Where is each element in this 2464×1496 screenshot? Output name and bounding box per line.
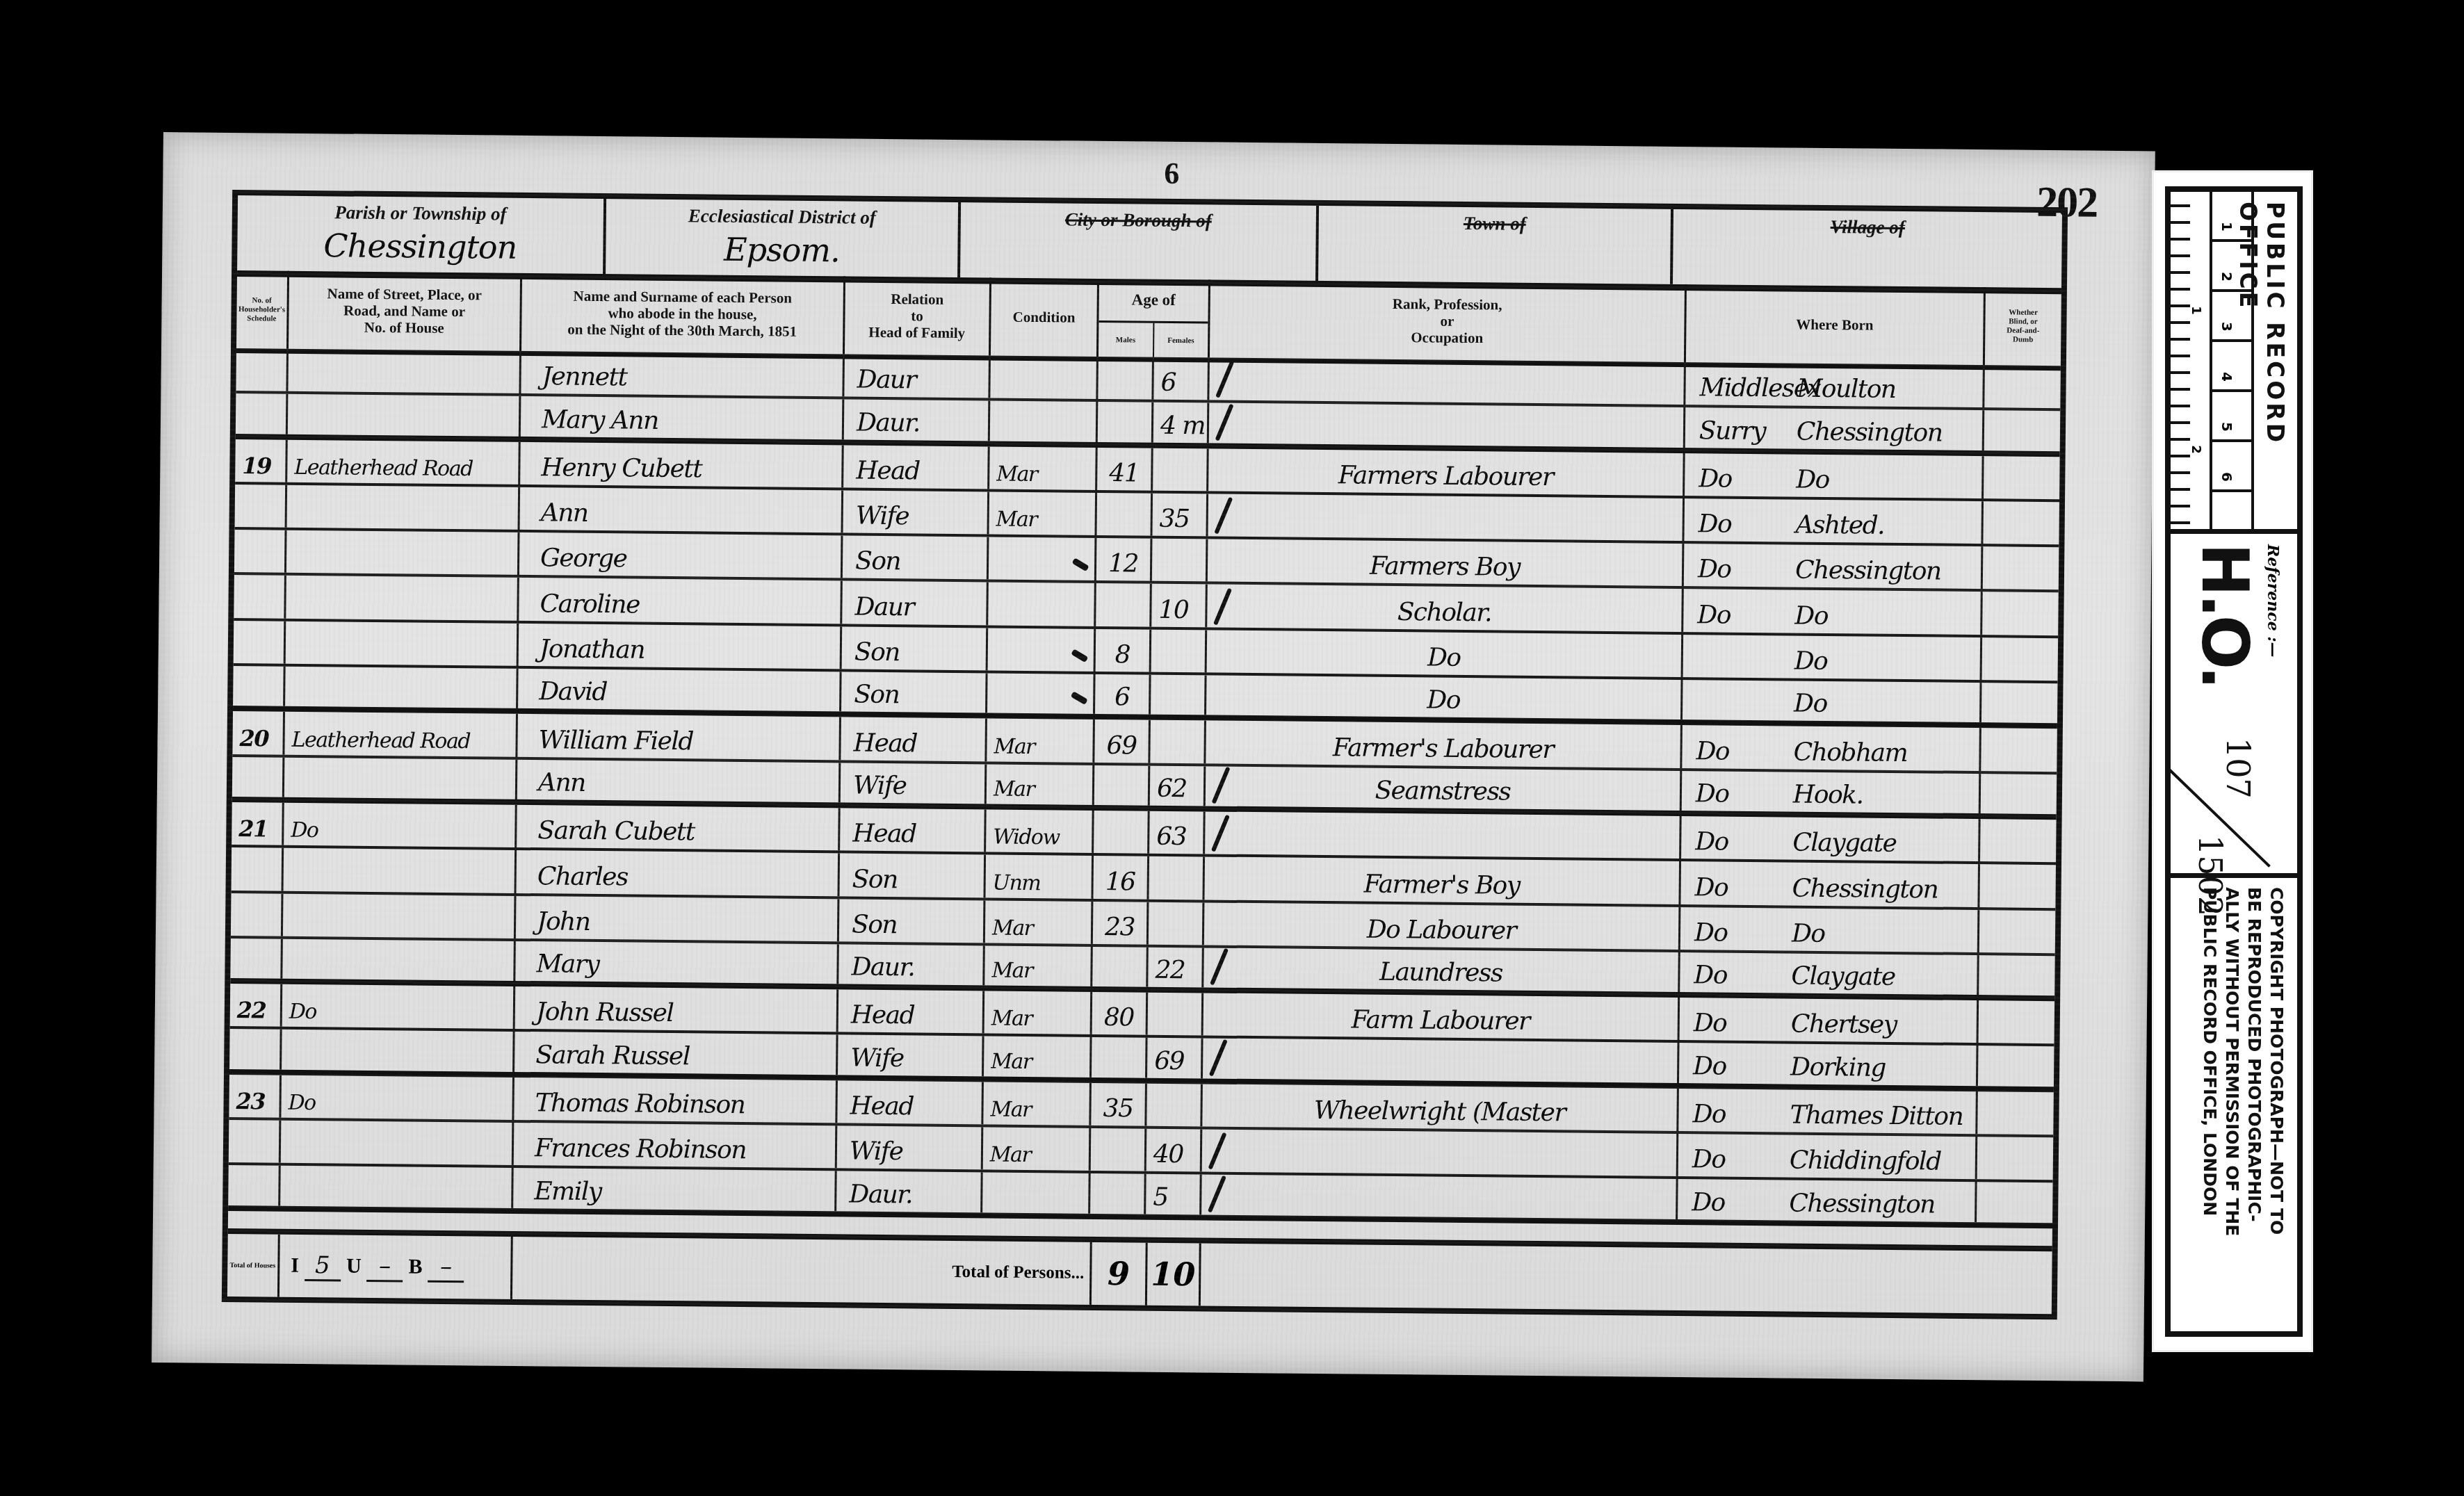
schedule-number (236, 393, 289, 434)
street-address (288, 394, 521, 437)
place-field-value (1319, 236, 1671, 240)
born-parish: Moulton (1797, 375, 1895, 404)
blind-deaf-dumb (1979, 1000, 2055, 1043)
occupation: Laundress (1203, 948, 1680, 992)
born-county: Do (1694, 873, 1792, 902)
blind-deaf-dumb (1981, 683, 2058, 723)
where-born: DoDo (1683, 590, 1983, 635)
age-male: 12 (1096, 538, 1153, 581)
relation-to-head: Head (841, 717, 987, 761)
born-parish: Hook. (1793, 781, 1863, 810)
age-male (1091, 1128, 1147, 1171)
age-male (1092, 1037, 1148, 1078)
col-relation: Relation to Head of Family (845, 276, 991, 355)
where-born: DoChessington (1678, 1179, 1977, 1221)
reference-label: Reference :— (2264, 544, 2282, 658)
marital-condition: Mar (984, 991, 1093, 1035)
total-houses-label: Total of Houses (227, 1234, 280, 1297)
born-parish: Chiddingfold (1790, 1146, 1941, 1176)
age-female (1151, 675, 1207, 715)
born-parish: Dorking (1790, 1052, 1886, 1082)
blind-deaf-dumb (1983, 546, 2059, 590)
born-county: Do (1696, 737, 1793, 766)
place-field-value: Epsom. (606, 229, 957, 270)
inhabited-label: I (291, 1254, 299, 1278)
marital-condition: Mar (983, 1127, 1092, 1171)
where-born: DoDorking (1679, 1043, 1979, 1085)
schedule-number (231, 893, 284, 936)
marital-condition: Mar (983, 1082, 1092, 1125)
age-male (1094, 811, 1150, 854)
age-female (1149, 902, 1205, 945)
born-county: Do (1694, 961, 1791, 990)
age-female (1151, 629, 1208, 672)
born-parish: Claygate (1791, 962, 1895, 991)
occupation (1205, 811, 1682, 859)
age-male (1096, 493, 1153, 536)
occupation: Seamstress (1206, 766, 1683, 811)
total-males: 9 (1089, 1242, 1146, 1306)
col-females: Females (1153, 323, 1208, 358)
street-address (288, 349, 521, 394)
relation-to-head: Son (839, 899, 986, 943)
schedule-number (234, 530, 287, 573)
place-field: Village of (1673, 209, 2062, 288)
blind-deaf-dumb (1981, 774, 2057, 814)
street-address: Leatherhead Road (287, 439, 521, 485)
col-males: Males (1099, 323, 1154, 357)
relation-to-head: Wife (838, 1035, 984, 1076)
place-field: Ecclesiastical District ofEpsom. (606, 199, 961, 277)
blind-deaf-dumb (1984, 410, 2061, 450)
where-born: DoChiddingfold (1678, 1134, 1978, 1179)
age-male: 6 (1095, 674, 1151, 715)
marital-condition: Mar (987, 764, 1095, 805)
schedule-number (234, 621, 286, 664)
total-females: 10 (1145, 1243, 1201, 1306)
blind-deaf-dumb (1977, 1137, 2054, 1180)
page-number: 6 (1164, 156, 1179, 191)
schedule-number (236, 348, 289, 391)
born-county: Do (1697, 601, 1794, 630)
place-field: Town of (1318, 206, 1673, 284)
tally-dash-mark (1071, 649, 1088, 662)
person-name: David (518, 669, 842, 712)
age-female: 35 (1152, 494, 1208, 537)
born-parish: Ashted. (1795, 511, 1884, 540)
occupation: Farmer's Boy (1204, 857, 1681, 904)
schedule-number: 23 (229, 1075, 282, 1118)
uninhabited-value: – (367, 1251, 403, 1281)
person-name: Mary Ann (521, 396, 845, 439)
tally-dash-mark (1071, 558, 1089, 572)
building-value: – (428, 1252, 464, 1282)
age-female (1146, 1083, 1203, 1126)
marital-condition: Widow (986, 809, 1094, 853)
age-male (1092, 947, 1149, 987)
occupation: Farmers Labourer (1208, 448, 1685, 496)
census-table: Parish or Township ofChessingtonEcclesia… (222, 190, 2068, 1319)
where-born: DoDo (1680, 907, 1980, 952)
occupation (1208, 494, 1685, 541)
where-born: Do (1683, 680, 1982, 722)
occupation: Farmer's Labourer (1206, 721, 1683, 768)
age-female: 63 (1149, 811, 1206, 854)
age-female: 62 (1150, 765, 1206, 806)
relation-to-head: Son (843, 536, 989, 580)
relation-to-head: Wife (843, 490, 990, 534)
schedule-number (229, 1029, 282, 1069)
age-female (1153, 448, 1209, 491)
totals-row: Total of Houses I 5 U – B – Total of Per… (227, 1228, 2052, 1314)
occupation: Do Labourer (1204, 902, 1681, 950)
marital-condition: Mar (985, 900, 1094, 944)
marital-condition: Mar (987, 719, 1095, 763)
schedule-number (235, 485, 288, 528)
age-female: 4 m (1153, 403, 1210, 443)
place-field-label: Parish or Township of (238, 201, 603, 226)
cm-mark: 1 (2219, 222, 2235, 231)
born-county (1696, 717, 1794, 718)
piece-number: 107 (2219, 738, 2257, 799)
relation-to-head: Head (838, 990, 985, 1034)
place-field-value: Chessington (237, 226, 603, 267)
marital-condition (988, 628, 1096, 672)
person-name: Henry Cubett (520, 442, 844, 488)
born-county: Middlesex (1699, 374, 1797, 403)
age-male (1090, 1173, 1146, 1214)
street-address (286, 576, 519, 621)
public-record-office-strip: 1 2 123456 PUBLIC RECORD OFFICE H.O. Ref… (2152, 170, 2313, 1352)
age-male: 35 (1091, 1083, 1147, 1126)
person-name: Ann (520, 487, 844, 533)
blind-deaf-dumb (1979, 864, 2056, 907)
series-code: H.O. (2187, 543, 2262, 687)
age-female (1150, 720, 1206, 763)
blind-deaf-dumb (1981, 729, 2057, 772)
relation-to-head: Head (840, 808, 987, 852)
street-address (287, 485, 521, 530)
age-female: 10 (1151, 584, 1208, 627)
blind-deaf-dumb (1979, 955, 2055, 995)
born-county (1697, 674, 1794, 675)
person-name: Charles (517, 850, 841, 896)
blind-deaf-dumb (1977, 1182, 2053, 1222)
schedule-number (229, 1120, 282, 1163)
relation-to-head: Wife (837, 1125, 984, 1169)
age-male (1098, 402, 1154, 442)
col-blind: Whether Blind, or Deaf-and- Dumb (1985, 287, 2061, 366)
blind-deaf-dumb (1978, 1046, 2054, 1087)
place-field-value (1673, 240, 2062, 243)
place-field-label: Town of (1319, 211, 1671, 236)
street-address (283, 893, 517, 938)
relation-to-head: Son (841, 672, 988, 713)
marital-condition: Unm (985, 855, 1094, 899)
person-name: Emily (513, 1168, 837, 1211)
where-born: DoHook. (1682, 771, 1981, 813)
person-name: Sarah Russel (514, 1032, 838, 1075)
street-address: Leatherhead Road (284, 712, 518, 757)
occupation: Do (1207, 630, 1684, 677)
scale-ruler: 1 2 123456 PUBLIC RECORD OFFICE (2171, 192, 2297, 534)
age-female (1149, 856, 1205, 900)
blind-deaf-dumb (1984, 365, 2061, 408)
age-female: 40 (1146, 1129, 1203, 1172)
age-female: 5 (1146, 1174, 1202, 1214)
born-parish: Thames Ditton (1790, 1101, 1963, 1131)
schedule-number: 22 (230, 984, 283, 1027)
born-county: Do (1694, 1009, 1791, 1039)
where-born: DoChessington (1684, 544, 1984, 589)
born-county: Do (1693, 1052, 1790, 1081)
age-female: 6 (1153, 357, 1210, 400)
street-address (286, 621, 519, 667)
born-parish: Do (1794, 647, 1828, 676)
place-field-label: Village of (1673, 215, 2062, 240)
born-county: Do (1692, 1100, 1790, 1129)
marital-condition (987, 673, 1096, 714)
occupation: Scholar. (1207, 585, 1684, 632)
marital-condition: Mar (989, 446, 1098, 490)
occupation (1203, 1039, 1680, 1083)
person-name: George (519, 532, 843, 578)
occupation: Farmers Boy (1208, 539, 1685, 587)
age-male: 80 (1092, 992, 1149, 1035)
marital-condition (990, 401, 1099, 442)
age-male: 23 (1093, 901, 1149, 944)
col-name: Name and Surname of each Person who abod… (521, 273, 845, 354)
census-rows: JennettDaur6MiddlesexMoultonMary AnnDaur… (228, 348, 2061, 1228)
age-male: 16 (1093, 856, 1149, 899)
born-parish: Chessington (1792, 874, 1938, 904)
person-name: Jennett (521, 351, 845, 397)
relation-to-head: Son (842, 626, 989, 670)
person-name: John Russel (515, 986, 839, 1032)
cm-mark: 5 (2219, 422, 2235, 432)
where-born: DoChertsey (1680, 998, 1979, 1043)
age-male: 41 (1097, 448, 1153, 491)
where-born: DoClaygate (1681, 816, 1981, 861)
street-address (282, 1030, 515, 1072)
person-name: William Field (517, 714, 841, 760)
col-condition: Condition (991, 277, 1099, 356)
born-county: Do (1698, 510, 1795, 539)
reference-block: H.O. Reference :— 107 1502 (2171, 529, 2297, 878)
person-name: John (516, 895, 840, 941)
born-parish: Chertsey (1791, 1010, 1897, 1039)
age-male (1094, 765, 1151, 806)
street-address: Do (282, 984, 516, 1030)
born-parish: Do (1796, 465, 1829, 494)
marital-condition (982, 1173, 1091, 1214)
census-page: 6 202 Parish or Township ofChessingtonEc… (152, 132, 2155, 1381)
place-field-label: Ecclesiastical District of (606, 204, 958, 229)
born-county: Do (1695, 827, 1792, 856)
born-parish: Do (1792, 919, 1825, 948)
person-name: Sarah Cubett (517, 805, 841, 851)
schedule-number (234, 575, 286, 618)
age-male: 69 (1094, 719, 1151, 763)
street-address (285, 667, 519, 709)
place-field: Parish or Township ofChessington (237, 195, 606, 274)
marital-condition (988, 583, 1096, 626)
street-address: Do (281, 1075, 514, 1120)
uninhabited-label: U (346, 1255, 362, 1278)
schedule-number (228, 1165, 281, 1205)
schedule-number: 19 (235, 439, 288, 482)
relation-to-head: Daur. (836, 1171, 983, 1212)
place-field-value (961, 233, 1316, 236)
cm-mark: 6 (2219, 472, 2235, 482)
where-born: Do (1683, 635, 1983, 680)
born-county: Do (1698, 555, 1795, 585)
person-name: Frances Robinson (514, 1123, 838, 1169)
col-schedule: No. of Householder's Schedule (236, 270, 289, 349)
person-name: Thomas Robinson (514, 1078, 838, 1123)
street-address (284, 848, 517, 893)
where-born: MiddlesexMoulton (1685, 362, 1985, 407)
born-parish: Claygate (1792, 829, 1897, 858)
occupation: Farm Labourer (1203, 993, 1680, 1041)
age-female (1148, 993, 1204, 1036)
age-female: 22 (1148, 948, 1204, 988)
building-label: B (409, 1255, 423, 1278)
relation-to-head: Wife (841, 763, 987, 804)
pro-title: PUBLIC RECORD OFFICE (2235, 202, 2289, 529)
copyright-notice: COPYRIGHT PHOTOGRAPH—NOT TO BE REPRODUCE… (2180, 887, 2287, 1322)
marital-condition: Mar (984, 1036, 1092, 1078)
total-houses: I 5 U – B – (279, 1235, 513, 1299)
age-female (1152, 539, 1208, 582)
inhabited-value: 5 (305, 1251, 341, 1281)
tally-dash-mark (1071, 692, 1088, 706)
blind-deaf-dumb (1982, 592, 2059, 635)
cm-mark: 3 (2219, 322, 2235, 332)
relation-to-head: Daur. (844, 400, 991, 441)
occupation (1201, 1175, 1678, 1219)
col-occupation: Rank, Profession, or Occupation (1210, 279, 1687, 362)
schedule-number (232, 757, 285, 797)
age-male: 8 (1096, 629, 1152, 672)
street-address (281, 1121, 514, 1166)
street-address (280, 1166, 514, 1208)
street-address (284, 757, 518, 799)
schedule-number: 20 (232, 711, 285, 754)
place-field: City or Borough of (960, 202, 1319, 281)
born-county: Do (1692, 1188, 1789, 1217)
born-parish: Chobham (1793, 738, 1907, 767)
age-male (1096, 583, 1152, 626)
blind-deaf-dumb (1982, 637, 2059, 681)
marital-condition: Mar (984, 945, 1093, 986)
person-name: Caroline (519, 578, 843, 624)
inch-mark: 1 (2189, 306, 2203, 315)
cm-mark: 4 (2219, 372, 2235, 382)
born-parish: Chessington (1795, 556, 1941, 586)
schedule-number: 21 (232, 802, 284, 845)
person-name: Ann (517, 760, 841, 803)
born-county: Do (1696, 779, 1793, 808)
schedule-number (233, 666, 286, 706)
blind-deaf-dumb (1977, 1091, 2054, 1135)
relation-to-head: Daur (842, 581, 989, 625)
street-address (282, 939, 516, 982)
where-born: DoChobham (1682, 725, 1981, 770)
col-age-label: Age of (1099, 279, 1208, 324)
marital-condition: Mar (989, 491, 1098, 535)
where-born: SurryChessington (1685, 407, 1985, 450)
blind-deaf-dumb (1979, 910, 2056, 953)
person-name: Mary (515, 941, 839, 984)
born-parish: Do (1794, 601, 1828, 630)
street-address: Do (284, 803, 517, 848)
age-male (1098, 357, 1154, 400)
born-county: Surry (1699, 416, 1797, 446)
where-born: DoDo (1685, 453, 1984, 498)
relation-to-head: Daur. (838, 944, 985, 985)
occupation (1209, 357, 1686, 405)
born-parish: Chessington (1797, 417, 1943, 447)
street-address (286, 530, 520, 576)
born-parish: Chessington (1789, 1189, 1935, 1219)
occupation: Wheelwright (Master (1202, 1084, 1679, 1131)
inch-ticks (2171, 192, 2212, 529)
person-name: Jonathan (519, 624, 843, 669)
born-county: Do (1692, 1146, 1790, 1175)
where-born: DoChessington (1680, 861, 1980, 906)
schedule-number (232, 847, 284, 891)
relation-to-head: Son (839, 854, 986, 897)
born-county: Do (1699, 464, 1796, 494)
relation-to-head: Head (837, 1080, 984, 1124)
occupation (1209, 403, 1686, 448)
col-age: Age of Males Females (1099, 279, 1210, 358)
col-where-born: Where Born (1686, 284, 1986, 365)
where-born: DoClaygate (1680, 952, 1979, 995)
age-female: 69 (1147, 1038, 1203, 1078)
blind-deaf-dumb (1984, 456, 2060, 499)
blind-deaf-dumb (1983, 501, 2059, 544)
where-born: DoAshted. (1684, 498, 1984, 544)
col-street: Name of Street, Place, or Road, and Name… (289, 271, 522, 351)
place-field-label: City or Borough of (961, 208, 1316, 233)
occupation (1202, 1129, 1679, 1176)
marital-condition (990, 355, 1099, 399)
born-county: Do (1694, 918, 1792, 948)
inch-mark: 2 (2189, 445, 2203, 454)
blind-deaf-dumb (1980, 819, 2057, 862)
schedule-number (230, 938, 283, 979)
relation-to-head: Head (843, 445, 990, 489)
relation-to-head: Daur (844, 354, 991, 398)
marital-condition (989, 537, 1097, 581)
occupation: Do (1206, 676, 1683, 720)
born-parish: Do (1794, 690, 1827, 718)
where-born: DoThames Ditton (1678, 1089, 1978, 1134)
total-persons-label: Total of Persons... (512, 1237, 1090, 1305)
cm-mark: 2 (2219, 272, 2235, 282)
